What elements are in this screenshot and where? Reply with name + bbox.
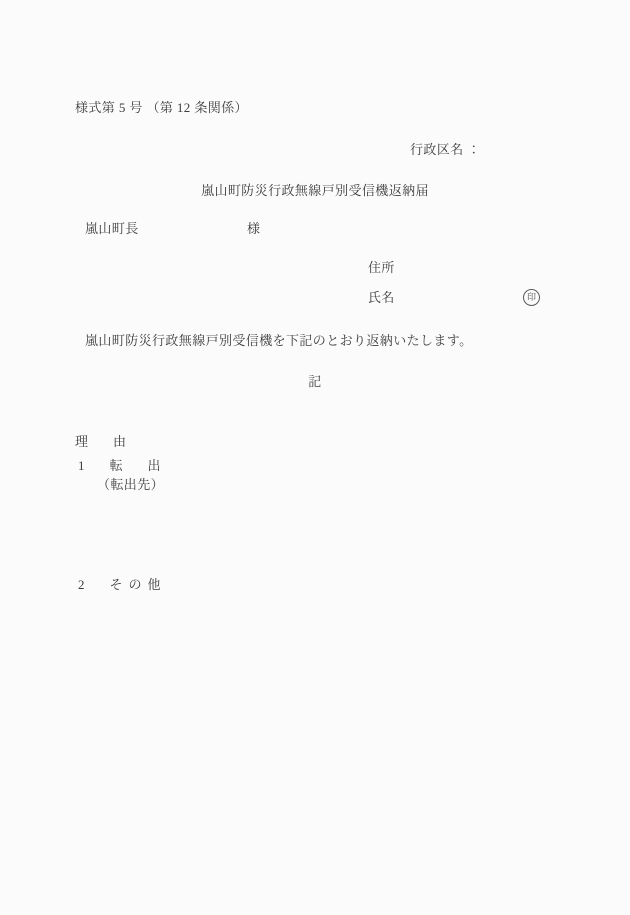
body-text: 嵐山町防災行政無線戸別受信機を下記のとおり返納いたします。 <box>85 332 473 349</box>
reason-item-1: 1 転 出 <box>78 457 167 474</box>
reason-item-2: 2 その他 <box>78 576 167 593</box>
name-label: 氏名 <box>368 289 395 306</box>
seal-stamp-icon: 印 <box>523 289 540 306</box>
reason-heading: 理 由 <box>75 433 132 450</box>
reason-item-1-destination-note: （転出先） <box>97 476 164 493</box>
district-name-label: 行政区名 ： <box>410 141 481 158</box>
addressee-honorific: 様 <box>247 220 260 237</box>
document-title: 嵐山町防災行政無線戸別受信機返納届 <box>0 182 630 199</box>
document-page: 様式第 5 号 （第 12 条関係） 行政区名 ： 嵐山町防災行政無線戸別受信機… <box>0 0 630 915</box>
seal-stamp-character: 印 <box>527 293 536 302</box>
form-number: 様式第 5 号 （第 12 条関係） <box>75 99 248 116</box>
address-label: 住所 <box>368 259 395 276</box>
addressee-name: 嵐山町長 <box>85 220 139 237</box>
section-marker: 記 <box>0 373 630 390</box>
